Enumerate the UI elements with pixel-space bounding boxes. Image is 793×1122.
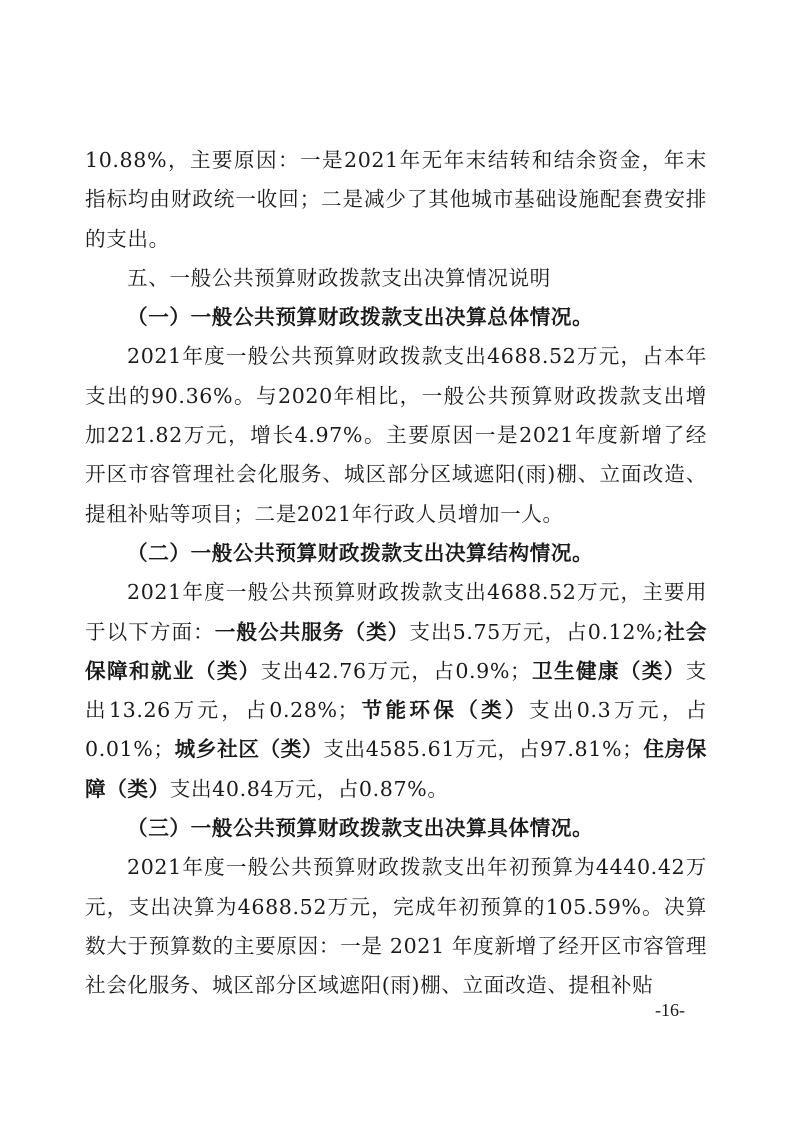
category-label: 节能环保（类） (359, 698, 529, 722)
category-value: 支出40.84万元，占0.87%。 (170, 777, 449, 801)
category-label: 一般公共服务（类） (215, 620, 410, 644)
subsection-heading-3: （三）一般公共预算财政拨款支出决算具体情况。 (85, 809, 707, 848)
section-heading: 五、一般公共预算财政拨款支出决算情况说明 (85, 259, 707, 298)
subsection-paragraph-1: 2021年度一般公共预算财政拨款支出4688.52万元，占本年支出的90.36%… (85, 337, 707, 533)
category-value: 支出4585.61万元，占97.81%； (323, 737, 643, 761)
document-page: 10.88%，主要原因：一是2021年无年末结转和结余资金，年末指标均由财政统一… (0, 0, 793, 1122)
subsection-paragraph-3: 2021年度一般公共预算财政拨款支出年初预算为4440.42万元，支出决算为46… (85, 848, 707, 1005)
document-body: 10.88%，主要原因：一是2021年无年末结转和结余资金，年末指标均由财政统一… (85, 141, 707, 1006)
subsection-heading-1: （一）一般公共预算财政拨款支出决算总体情况。 (85, 298, 707, 337)
category-value: 支出42.76万元，占0.9%； (261, 659, 531, 683)
subsection-heading-2: （二）一般公共预算财政拨款支出决算结构情况。 (85, 534, 707, 573)
category-value: 支出5.75万元，占0.12%; (409, 620, 663, 644)
continuation-paragraph: 10.88%，主要原因：一是2021年无年末结转和结余资金，年末指标均由财政统一… (85, 141, 707, 259)
category-label: 城乡社区（类） (175, 737, 324, 761)
page-number: -16- (655, 1000, 685, 1021)
structure-paragraph: 2021年度一般公共预算财政拨款支出4688.52万元，主要用于以下方面：一般公… (85, 573, 707, 809)
category-label: 卫生健康（类） (531, 659, 686, 683)
